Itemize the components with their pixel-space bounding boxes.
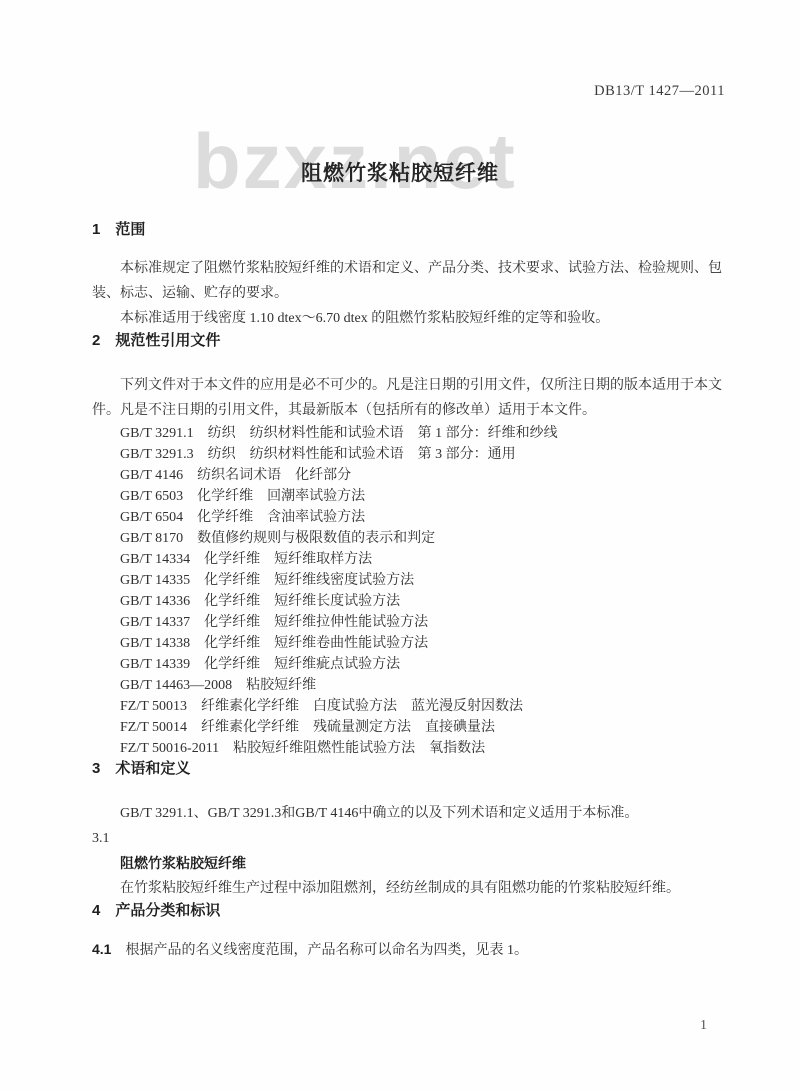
document-code: DB13/T 1427—2011 xyxy=(0,83,725,100)
clause-4-1: 4.1根据产品的名义线密度范围，产品名称可以命名为四类，见表 1。 xyxy=(92,937,726,963)
reference-item: GB/T 14339 化学纤维 短纤维疵点试验方法 xyxy=(92,654,726,675)
reference-item: GB/T 14335 化学纤维 短纤维线密度试验方法 xyxy=(92,570,726,591)
reference-item: GB/T 3291.1 纺织 纺织材料性能和试验术语 第 1 部分：纤维和纱线 xyxy=(92,423,726,444)
reference-item: GB/T 6503 化学纤维 回潮率试验方法 xyxy=(92,486,726,507)
reference-item: GB/T 3291.3 纺织 纺织材料性能和试验术语 第 3 部分：通用 xyxy=(92,444,726,465)
document-body: 1 范围 本标准规定了阻燃竹浆粘胶短纤维的术语和定义、产品分类、技术要求、试验方… xyxy=(92,220,726,963)
reference-item: GB/T 14463—2008 粘胶短纤维 xyxy=(92,675,726,696)
reference-item: GB/T 14334 化学纤维 短纤维取样方法 xyxy=(92,549,726,570)
section-2-heading: 2 规范性引用文件 xyxy=(92,331,726,351)
reference-item: FZ/T 50013 纤维素化学纤维 白度试验方法 蓝光漫反射因数法 xyxy=(92,696,726,717)
reference-item: GB/T 6504 化学纤维 含油率试验方法 xyxy=(92,507,726,528)
document-title: 阻燃竹浆粘胶短纤维 xyxy=(0,157,800,187)
section-2-intro: 下列文件对于本文件的应用是必不可少的。凡是注日期的引用文件，仅所注日期的版本适用… xyxy=(92,373,726,423)
reference-item: GB/T 14338 化学纤维 短纤维卷曲性能试验方法 xyxy=(92,633,726,654)
page-number: 1 xyxy=(700,1018,707,1034)
clause-number-3-1: 3.1 xyxy=(92,826,726,851)
clause-4-1-text: 根据产品的名义线密度范围，产品名称可以命名为四类，见表 1。 xyxy=(125,943,528,958)
reference-item: FZ/T 50016-2011 粘胶短纤维阻燃性能试验方法 氧指数法 xyxy=(92,738,726,759)
section-1-heading: 1 范围 xyxy=(92,220,726,240)
section-1-paragraph-scope: 本标准规定了阻燃竹浆粘胶短纤维的术语和定义、产品分类、技术要求、试验方法、检验规… xyxy=(92,256,726,306)
term-name: 阻燃竹浆粘胶短纤维 xyxy=(92,851,726,876)
normative-references-list: GB/T 3291.1 纺织 纺织材料性能和试验术语 第 1 部分：纤维和纱线 … xyxy=(92,423,726,759)
reference-item: GB/T 14336 化学纤维 短纤维长度试验方法 xyxy=(92,591,726,612)
section-1-paragraph-applicability: 本标准适用于线密度 1.10 dtex～6.70 dtex 的阻燃竹浆粘胶短纤维… xyxy=(92,306,726,331)
reference-item: FZ/T 50014 纤维素化学纤维 残硫量测定方法 直接碘量法 xyxy=(92,717,726,738)
standard-document-page: DB13/T 1427—2011 bzxz.net 阻燃竹浆粘胶短纤维 1 范围… xyxy=(0,0,800,1090)
section-3-intro: GB/T 3291.1、GB/T 3291.3和GB/T 4146中确立的以及下… xyxy=(92,801,726,826)
reference-item: GB/T 8170 数值修约规则与极限数值的表示和判定 xyxy=(92,528,726,549)
section-4-heading: 4 产品分类和标识 xyxy=(92,901,726,921)
clause-number-4-1: 4.1 xyxy=(92,941,111,957)
term-definition: 在竹浆粘胶短纤维生产过程中添加阻燃剂，经纺丝制成的具有阻燃功能的竹浆粘胶短纤维。 xyxy=(92,876,726,901)
reference-item: GB/T 14337 化学纤维 短纤维拉伸性能试验方法 xyxy=(92,612,726,633)
reference-item: GB/T 4146 纺织名词术语 化纤部分 xyxy=(92,465,726,486)
section-3-heading: 3 术语和定义 xyxy=(92,759,726,779)
